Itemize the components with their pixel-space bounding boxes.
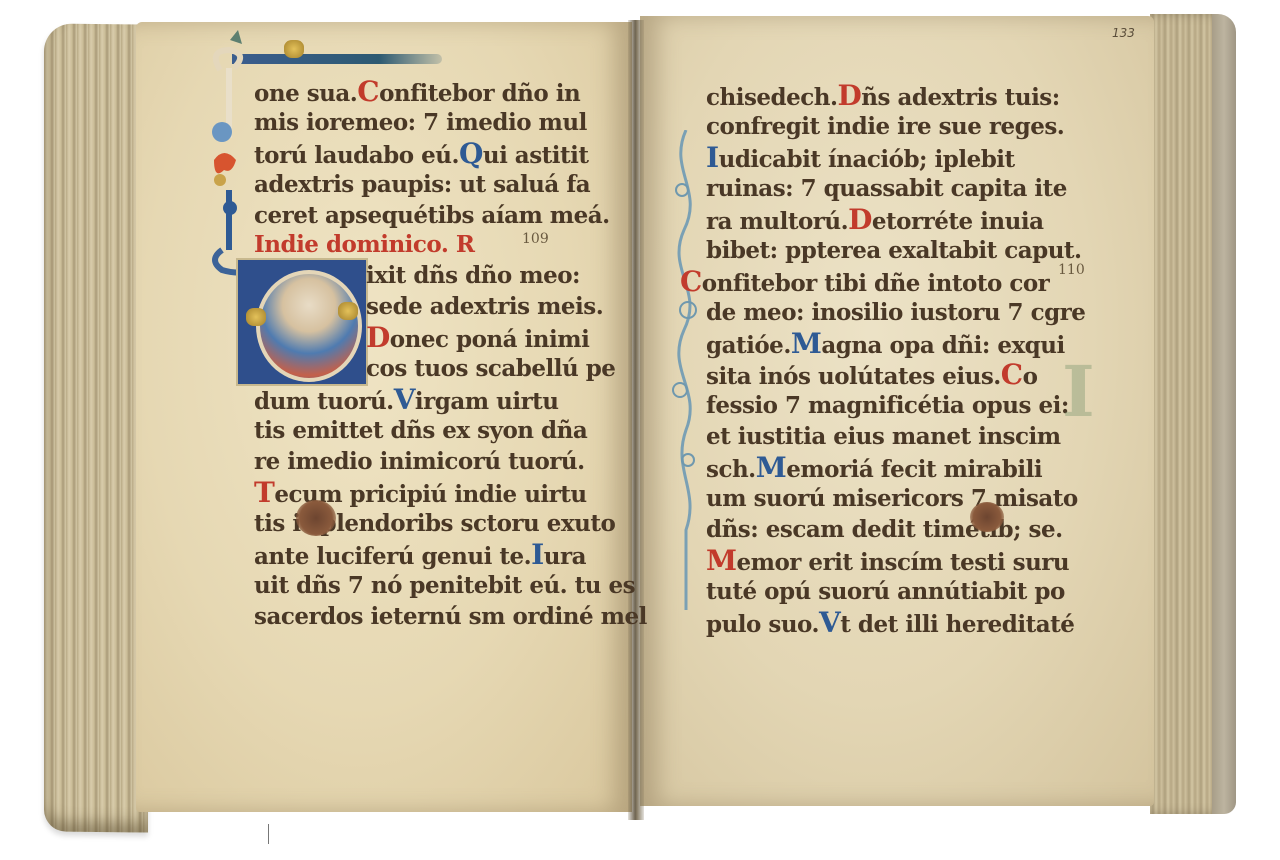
text-line: Confitebor tibi dñe intoto cor [680,268,1049,298]
text-line: Memor erit inscím testi suru [706,547,1069,577]
text-line: gatióe.Magna opa dñi: exqui [706,330,1065,360]
stain-mark [970,502,1004,532]
text-line: Donec poná inimi [366,324,589,354]
gold-leaf-left [246,308,266,326]
marginal-number: 109 [522,231,549,247]
border-ornament-icon [200,30,260,280]
right-page-stack [1150,14,1236,814]
marginal-number: 110 [1058,262,1085,278]
text-line: ixit dñs dño meo: [366,262,580,290]
text-line: dum tuorú.Virgam uirtu [254,386,559,416]
stain-mark [296,500,336,536]
show-through-letter: I [1062,350,1095,433]
text-line: bibet: ppterea exaltabit caput. [706,237,1082,265]
text-line: chisedech.Dñs adextris tuis: [706,82,1060,112]
left-page-stack [44,23,148,832]
illuminated-initial-d [236,258,368,386]
binding-edge [1212,14,1236,814]
text-line: sacerdos ieternú sm ordiné mel [254,603,647,631]
text-line: ante luciferú genui te.Iura [254,541,586,571]
text-line: tis emittet dñs ex syon dña [254,417,587,445]
gold-dot [284,40,304,58]
text-line: torú laudabo eú.Qui astitit [254,140,589,170]
filigree-ornament-icon [664,130,708,610]
text-line: uit dñs 7 nó penitebit eú. tu es [254,572,635,600]
text-line: mis ioremeo: 7 imedio mul [254,109,587,137]
text-line: sch.Memoriá fecit mirabili [706,454,1042,484]
portrait-roundel [256,270,362,382]
text-line: adextris paupis: ut saluá fa [254,171,590,199]
text-line: dñs: escam dedit timétib; se. [706,516,1063,544]
bookmark-thread [268,824,269,844]
text-line: pulo suo.Vt det illi hereditaté [706,609,1074,639]
text-line: de meo: inosilio iustoru 7 cgre [706,299,1085,327]
text-line: sita inós uolútates eius.Co [706,361,1037,391]
top-bar-ornament [232,54,442,64]
text-line: ruinas: 7 quassabit capita ite [706,175,1067,203]
text-line: fessio 7 magnificétia opus ei: [706,392,1069,420]
text-line: confregit indie ire sue reges. [706,113,1064,141]
text-line: one sua.Confitebor dño in [254,78,580,108]
rubric-heading: Indie dominico. R [254,231,474,259]
text-line: ceret apsequétibs aíam meá. [254,202,610,230]
gutter-fold [628,20,644,820]
text-line: et iustitia eius manet inscim [706,423,1061,451]
open-manuscript: one sua.Confitebor dño in mis ioremeo: 7… [0,0,1280,860]
text-line: tuté opú suorú annútiabit po [706,578,1065,606]
text-line: Iudicabit ínaciób; iplebit [706,144,1015,174]
text-line: cos tuos scabellú pe [366,355,615,383]
gold-leaf-right [338,302,358,320]
folio-number: 133 [1112,26,1135,40]
text-line: sede adextris meis. [366,293,603,321]
text-line: re imedio inimicorú tuorú. [254,448,585,476]
text-line: um suorú misericors 7 misato [706,485,1078,513]
text-line: ra multorú.Detorréte inuia [706,206,1043,236]
